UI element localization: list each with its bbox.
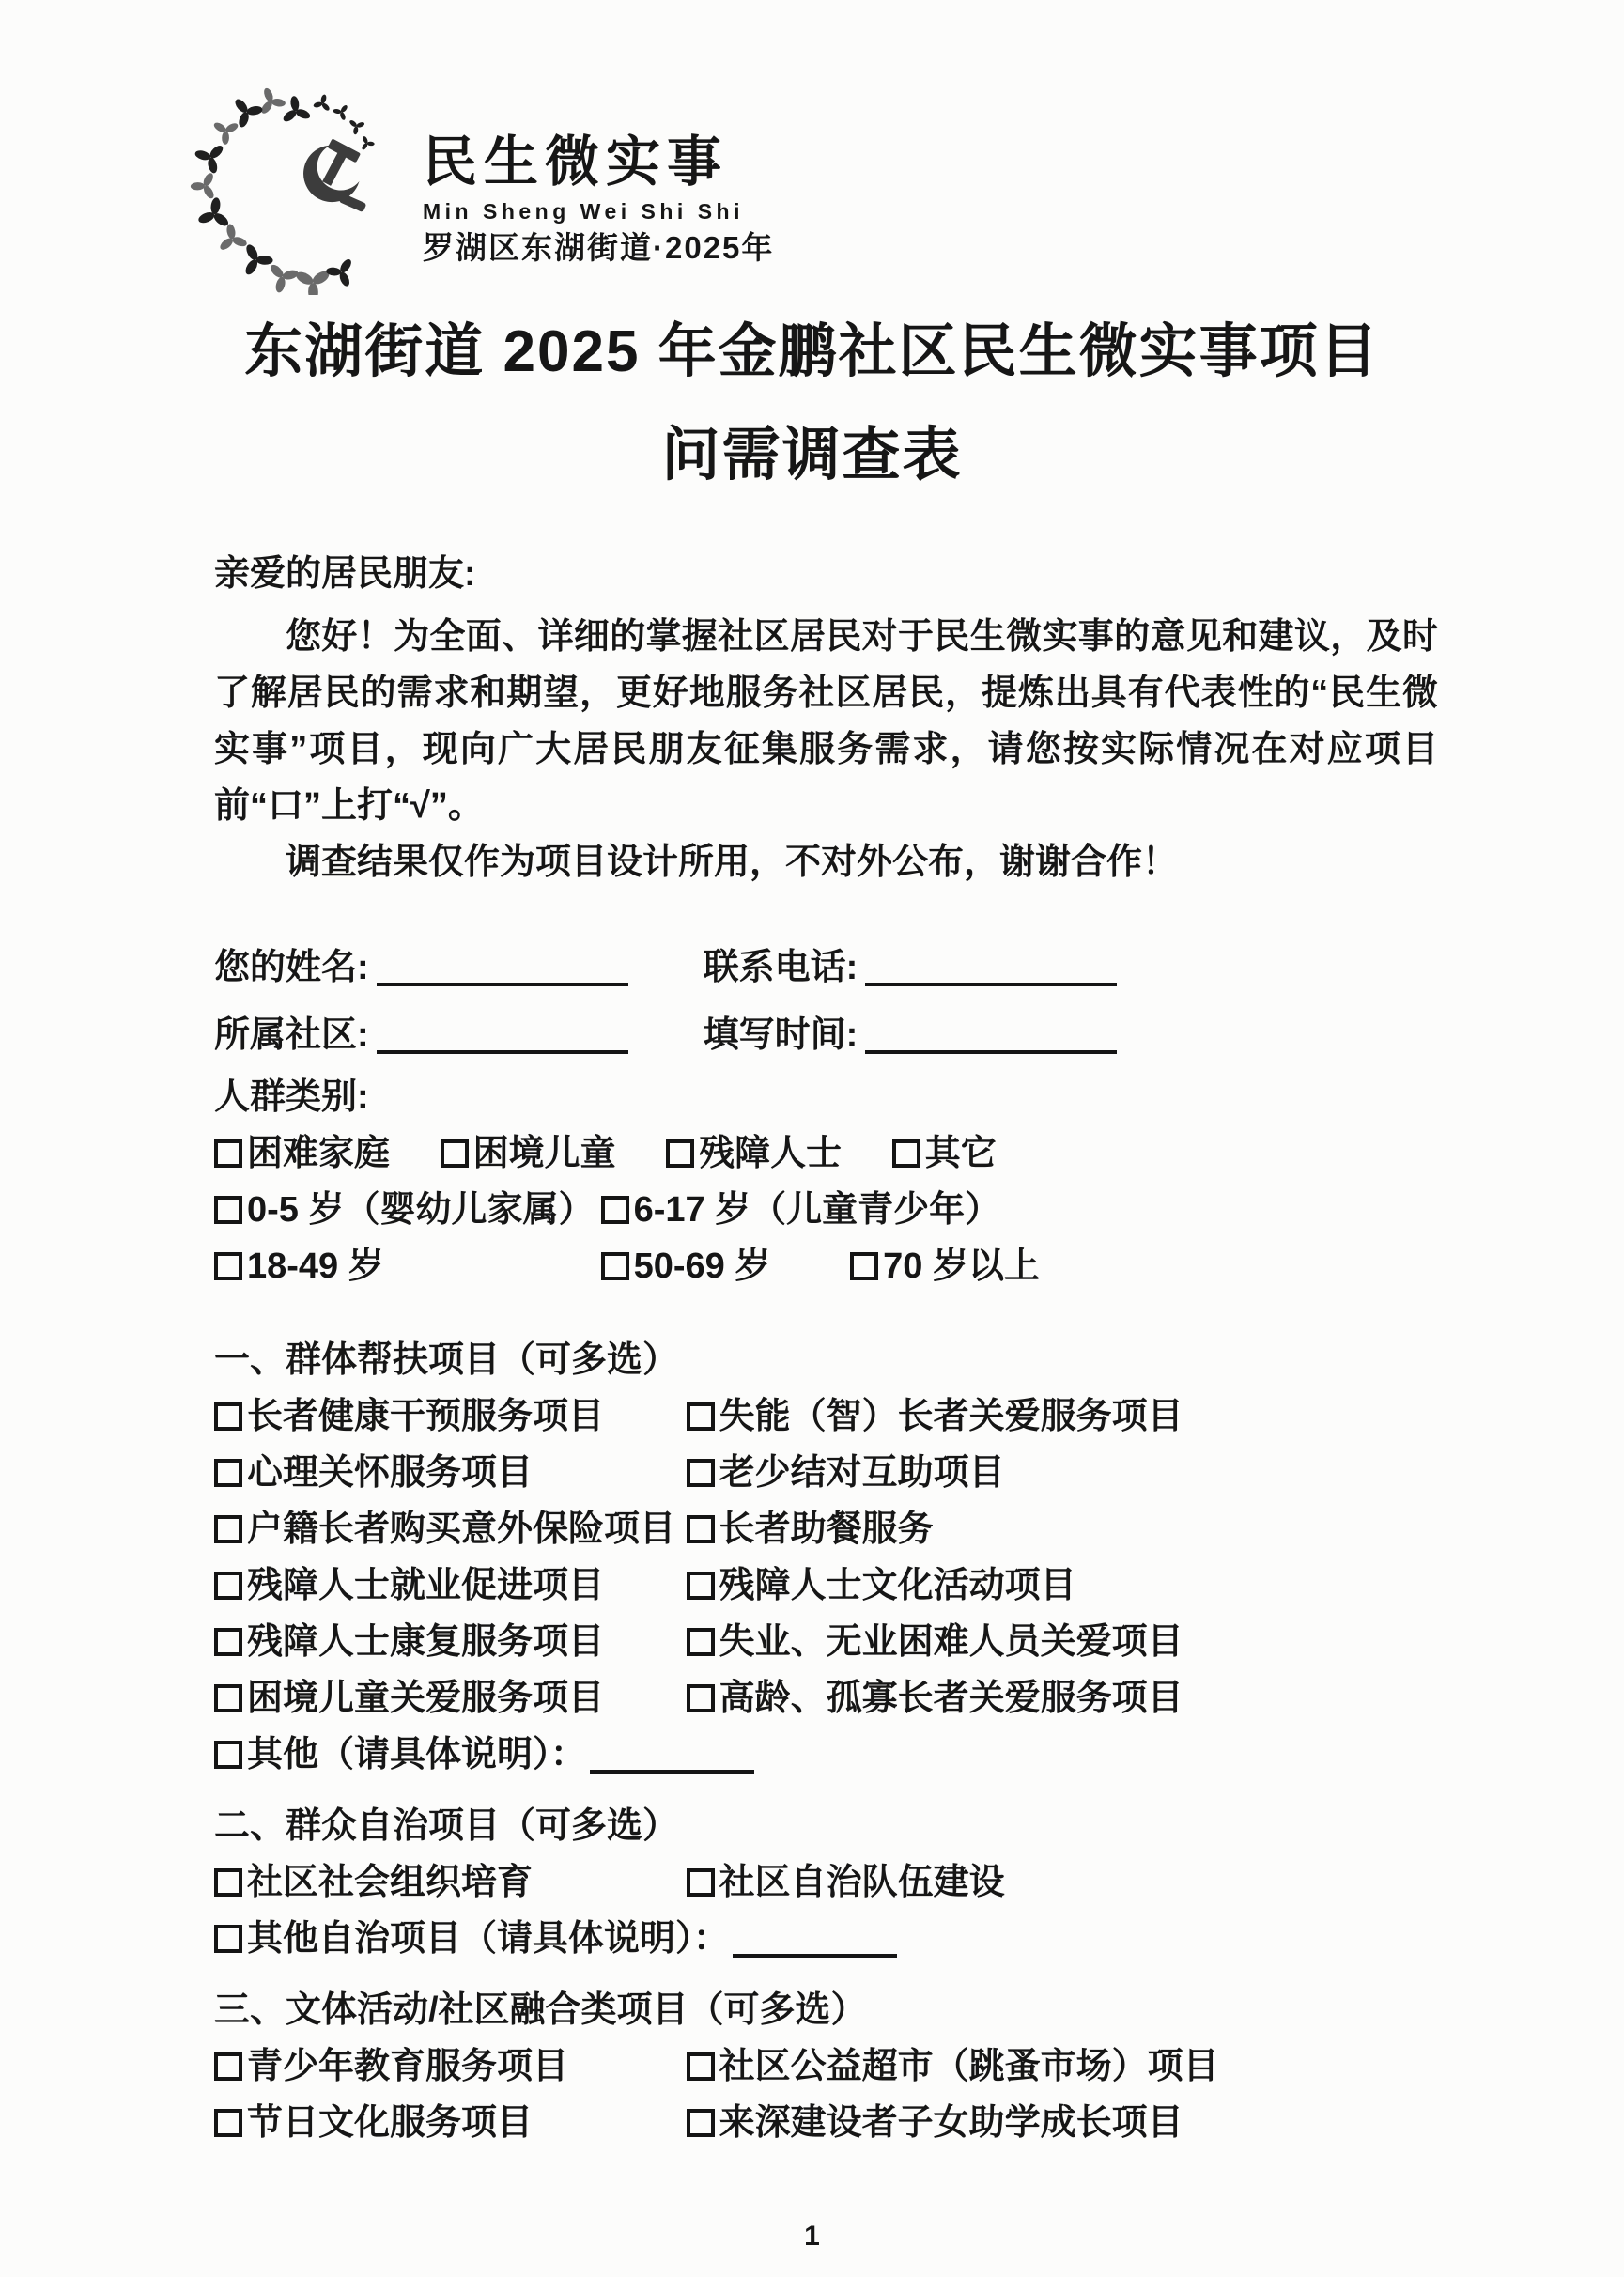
- option-label: 其它: [925, 1134, 997, 1173]
- form-row: 您的姓名: 联系电话:: [214, 934, 1624, 1001]
- checkbox-option[interactable]: 户籍长者购买意外保险项目: [214, 1501, 676, 1557]
- checkbox-option[interactable]: 其它: [892, 1125, 997, 1182]
- logo-pinyin: Min Sheng Wei Shi Shi: [423, 199, 774, 224]
- option-label: 老少结对互助项目: [719, 1453, 1005, 1493]
- option-label: 残障人士: [699, 1134, 842, 1173]
- option-row: 户籍长者购买意外保险项目 长者助餐服务: [214, 1501, 1624, 1557]
- checkbox-option[interactable]: 社区公益超市（跳蚤市场）项目: [687, 2038, 1219, 2095]
- checkbox-icon[interactable]: [214, 2109, 242, 2137]
- phone-field: 联系电话:: [704, 934, 1118, 1001]
- option-row: 长者健康干预服务项目 失能（智）长者关爱服务项目: [214, 1388, 1624, 1445]
- checkbox-icon[interactable]: [214, 1459, 242, 1487]
- logo-brand: 民生微实事: [423, 133, 774, 192]
- checkbox-icon[interactable]: [687, 1684, 715, 1712]
- checkbox-icon[interactable]: [214, 1402, 242, 1431]
- option-label: 困境儿童关爱服务项目: [247, 1679, 604, 1718]
- checkbox-option[interactable]: 困难家庭: [214, 1125, 430, 1182]
- section-2-heading: 二、群众自治项目（可多选）: [214, 1798, 1624, 1854]
- phone-label: 联系电话:: [704, 948, 858, 987]
- respondent-info: 您的姓名: 联系电话: 所属社区: 填写时间: 人群类别:: [214, 934, 1624, 1125]
- community-input-line[interactable]: [377, 1022, 628, 1054]
- checkbox-option[interactable]: 70 岁以上: [850, 1238, 1040, 1294]
- section-1-heading: 一、群体帮扶项目（可多选）: [214, 1332, 1624, 1388]
- option-label: 高龄、孤寡长者关爱服务项目: [719, 1679, 1183, 1718]
- option-label: 失业、无业困难人员关爱项目: [719, 1622, 1183, 1662]
- checkbox-icon[interactable]: [214, 1868, 242, 1897]
- checkbox-option[interactable]: 长者助餐服务: [687, 1501, 934, 1557]
- checkbox-icon[interactable]: [214, 1196, 242, 1224]
- checkbox-option[interactable]: 高龄、孤寡长者关爱服务项目: [687, 1670, 1183, 1727]
- checkbox-option[interactable]: 社区社会组织培育: [214, 1854, 676, 1911]
- option-row: 节日文化服务项目 来深建设者子女助学成长项目: [214, 2095, 1624, 2151]
- name-label: 您的姓名:: [214, 948, 369, 987]
- option-label: 社区自治队伍建设: [719, 1863, 1005, 1902]
- option-label: 6-17 岁（儿童青少年）: [634, 1190, 1001, 1230]
- option-label: 0-5 岁（婴幼儿家属）: [247, 1190, 594, 1230]
- checkbox-option[interactable]: 残障人士就业促进项目: [214, 1557, 676, 1614]
- community-field: 所属社区:: [214, 1001, 693, 1069]
- checkbox-icon[interactable]: [214, 2052, 242, 2081]
- name-input-line[interactable]: [377, 954, 628, 986]
- intro-block: 亲爱的居民朋友: 您好！为全面、详细的掌握社区居民对于民生微实事的意见和建议，及…: [214, 550, 1438, 891]
- checkbox-option[interactable]: 节日文化服务项目: [214, 2095, 676, 2151]
- checkbox-icon[interactable]: [441, 1139, 469, 1168]
- checkbox-option[interactable]: 社区自治队伍建设: [687, 1854, 1005, 1911]
- section-3-heading: 三、文体活动/社区融合类项目（可多选）: [214, 1982, 1624, 2038]
- option-label: 青少年教育服务项目: [247, 2047, 568, 2086]
- checkbox-option[interactable]: 困境儿童: [441, 1125, 657, 1182]
- audience-option-row: 0-5 岁（婴幼儿家属） 6-17 岁（儿童青少年）: [214, 1182, 1624, 1238]
- option-row: 残障人士康复服务项目 失业、无业困难人员关爱项目: [214, 1614, 1624, 1670]
- checkbox-option[interactable]: 青少年教育服务项目: [214, 2038, 676, 2095]
- checkbox-icon[interactable]: [687, 2109, 715, 2137]
- fill-time-label: 填写时间:: [704, 1015, 858, 1055]
- survey-form-page: 民生微实事 Min Sheng Wei Shi Shi 罗湖区东湖街道·2025…: [0, 0, 1624, 2277]
- intro-note: 调查结果仅作为项目设计所用，不对外公布，谢谢合作！: [214, 834, 1438, 891]
- phone-input-line[interactable]: [865, 954, 1117, 986]
- audience-group-label: 人群类别:: [214, 1077, 369, 1117]
- checkbox-icon[interactable]: [214, 1515, 242, 1543]
- checkbox-icon[interactable]: [601, 1252, 629, 1280]
- audience-option-row: 困难家庭 困境儿童 残障人士 其它: [214, 1125, 1624, 1182]
- form-row: 所属社区: 填写时间:: [214, 1001, 1624, 1069]
- checkbox-option[interactable]: 残障人士: [666, 1125, 882, 1182]
- option-label: 节日文化服务项目: [247, 2103, 533, 2143]
- option-label: 其他（请具体说明）：: [247, 1735, 586, 1774]
- option-row: 残障人士就业促进项目 残障人士文化活动项目: [214, 1557, 1624, 1614]
- page-title-line2: 问需调查表: [0, 419, 1624, 492]
- other-option-row: 其他自治项目（请具体说明）：: [214, 1911, 1624, 1967]
- option-row: 青少年教育服务项目 社区公益超市（跳蚤市场）项目: [214, 2038, 1624, 2095]
- checkbox-icon[interactable]: [687, 1868, 715, 1897]
- option-label: 残障人士文化活动项目: [719, 1566, 1076, 1605]
- option-label: 心理关怀服务项目: [247, 1453, 533, 1493]
- other-option-row: 其他（请具体说明）：: [214, 1727, 1624, 1783]
- name-field: 您的姓名:: [214, 934, 693, 1001]
- community-label: 所属社区:: [214, 1015, 369, 1055]
- checkbox-icon[interactable]: [214, 1139, 242, 1168]
- page-title-line1: 东湖街道 2025 年金鹏社区民生微实事项目: [0, 316, 1624, 389]
- checkbox-icon[interactable]: [214, 1684, 242, 1712]
- checkbox-option[interactable]: 残障人士康复服务项目: [214, 1614, 676, 1670]
- checkbox-icon[interactable]: [687, 1402, 715, 1431]
- option-label: 18-49 岁: [247, 1247, 384, 1286]
- checkbox-icon[interactable]: [214, 1252, 242, 1280]
- logo-subtitle: 罗湖区东湖街道·2025年: [423, 230, 774, 266]
- checkbox-option[interactable]: 失业、无业困难人员关爱项目: [687, 1614, 1183, 1670]
- checkbox-icon[interactable]: [850, 1252, 878, 1280]
- salutation: 亲爱的居民朋友:: [214, 550, 1438, 597]
- checkbox-icon[interactable]: [214, 1925, 242, 1953]
- checkbox-option[interactable]: 失能（智）长者关爱服务项目: [687, 1388, 1183, 1445]
- option-label: 户籍长者购买意外保险项目: [247, 1510, 675, 1549]
- checkbox-option[interactable]: 50-69 岁: [601, 1238, 841, 1294]
- checkbox-option[interactable]: 困境儿童关爱服务项目: [214, 1670, 676, 1727]
- option-row: 困境儿童关爱服务项目 高龄、孤寡长者关爱服务项目: [214, 1670, 1624, 1727]
- audience-option-row: 18-49 岁 50-69 岁 70 岁以上: [214, 1238, 1624, 1294]
- option-row: 社区社会组织培育 社区自治队伍建设: [214, 1854, 1624, 1911]
- intro-paragraph: 您好！为全面、详细的掌握社区居民对于民生微实事的意见和建议，及时了解居民的需求和…: [214, 609, 1438, 834]
- logo-text: 民生微实事 Min Sheng Wei Shi Shi 罗湖区东湖街道·2025…: [423, 133, 774, 266]
- checkbox-option[interactable]: 来深建设者子女助学成长项目: [687, 2095, 1183, 2151]
- option-label: 50-69 岁: [634, 1247, 771, 1286]
- option-label: 困境儿童: [473, 1134, 616, 1173]
- checkbox-option[interactable]: 6-17 岁（儿童青少年）: [601, 1182, 1001, 1238]
- fill-time-input-line[interactable]: [865, 1022, 1117, 1054]
- option-label: 长者助餐服务: [719, 1510, 934, 1549]
- fill-time-field: 填写时间:: [704, 1001, 1118, 1069]
- checkbox-icon[interactable]: [687, 2052, 715, 2081]
- checkbox-option[interactable]: 其他（请具体说明）：: [214, 1727, 586, 1783]
- option-label: 残障人士就业促进项目: [247, 1566, 604, 1605]
- option-label: 社区公益超市（跳蚤市场）项目: [719, 2047, 1219, 2086]
- checkbox-option[interactable]: 心理关怀服务项目: [214, 1445, 676, 1501]
- logo: 民生微实事 Min Sheng Wei Shi Shi 罗湖区东湖街道·2025…: [190, 86, 1624, 295]
- checkbox-option[interactable]: 18-49 岁: [214, 1238, 591, 1294]
- audience-group-label-row: 人群类别:: [214, 1069, 1624, 1125]
- heart-flower-wreath-icon: [190, 86, 408, 295]
- checkbox-option[interactable]: 残障人士文化活动项目: [687, 1557, 1076, 1614]
- checkbox-icon[interactable]: [666, 1139, 694, 1168]
- option-label: 困难家庭: [247, 1134, 390, 1173]
- option-label: 其他自治项目（请具体说明）：: [247, 1919, 729, 1959]
- checkbox-icon[interactable]: [687, 1572, 715, 1600]
- page-number: 1: [0, 2221, 1624, 2253]
- checkbox-option[interactable]: 0-5 岁（婴幼儿家属）: [214, 1182, 591, 1238]
- option-label: 残障人士康复服务项目: [247, 1622, 604, 1662]
- other-detail-input-line[interactable]: [733, 1926, 897, 1958]
- checkbox-option[interactable]: 其他自治项目（请具体说明）：: [214, 1911, 729, 1967]
- checkbox-icon[interactable]: [214, 1628, 242, 1656]
- option-label: 来深建设者子女助学成长项目: [719, 2103, 1183, 2143]
- checkbox-icon[interactable]: [601, 1196, 629, 1224]
- option-label: 70 岁以上: [883, 1247, 1040, 1286]
- option-row: 心理关怀服务项目 老少结对互助项目: [214, 1445, 1624, 1501]
- option-label: 长者健康干预服务项目: [247, 1397, 604, 1436]
- checkbox-option[interactable]: 长者健康干预服务项目: [214, 1388, 676, 1445]
- option-label: 社区社会组织培育: [247, 1863, 533, 1902]
- checkbox-icon[interactable]: [687, 1628, 715, 1656]
- checkbox-icon[interactable]: [214, 1741, 242, 1769]
- checkbox-option[interactable]: 老少结对互助项目: [687, 1445, 1005, 1501]
- checkbox-icon[interactable]: [687, 1459, 715, 1487]
- checkbox-icon[interactable]: [892, 1139, 920, 1168]
- other-detail-input-line[interactable]: [590, 1742, 754, 1774]
- checkbox-icon[interactable]: [214, 1572, 242, 1600]
- checkbox-icon[interactable]: [687, 1515, 715, 1543]
- option-label: 失能（智）长者关爱服务项目: [719, 1397, 1183, 1436]
